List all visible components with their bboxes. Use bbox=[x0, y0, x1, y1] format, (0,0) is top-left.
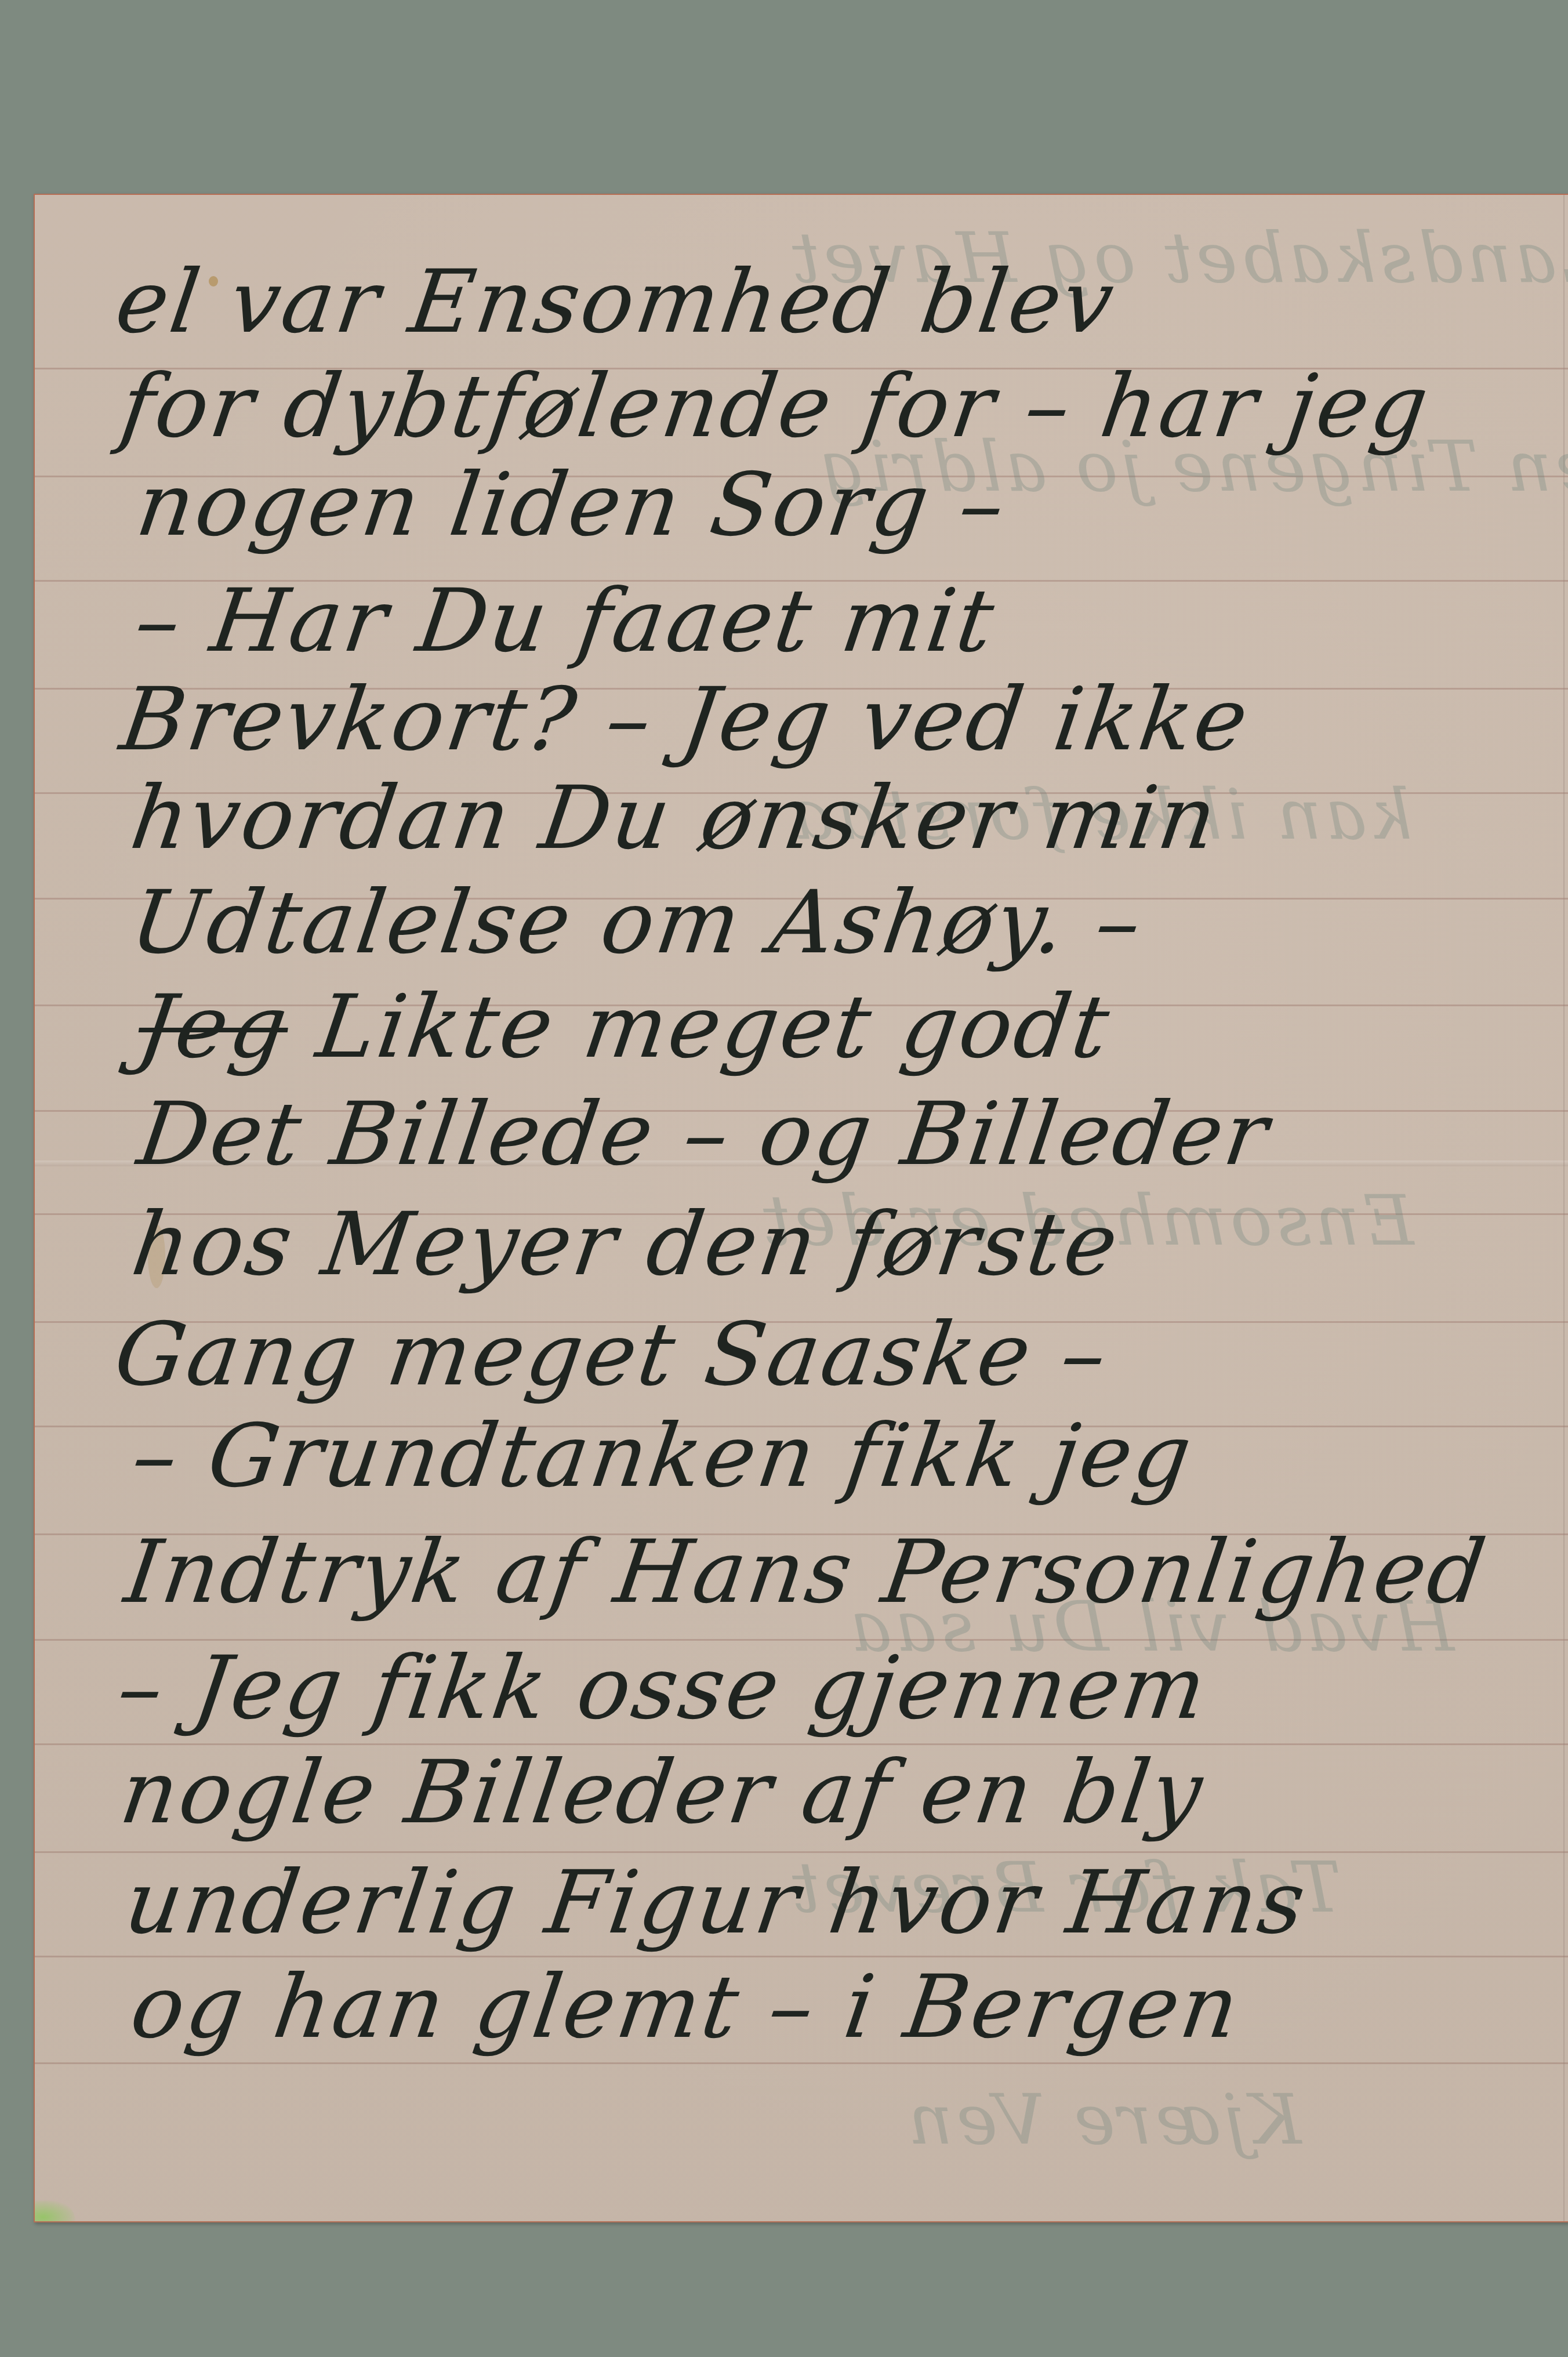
handwritten-line-4: – Har Du faaet mit bbox=[130, 578, 1001, 665]
handwritten-line-10: hos Meyer den første bbox=[127, 1201, 1125, 1288]
green-corner-mark bbox=[35, 2200, 75, 2221]
letter-paper: Landskabet og Havet Men Tingene jo aldri… bbox=[34, 194, 1568, 2222]
handwritten-line-14: – Jeg fikk osse gjennem bbox=[112, 1645, 1213, 1732]
handwritten-line-7: Udtalelse om Ashøy. – bbox=[126, 879, 1148, 966]
handwritten-line-13: Indtryk af Hans Personlighed bbox=[120, 1529, 1492, 1616]
bleed-through-text: Kjære Ven bbox=[905, 2080, 1301, 2160]
handwritten-line-12: – Grundtanken fikk jeg bbox=[127, 1413, 1198, 1500]
line-text: Likte meget godt bbox=[311, 977, 1117, 1078]
rule-line bbox=[35, 2062, 1568, 2064]
handwritten-line-1: el var Ensomhed blev bbox=[111, 259, 1120, 346]
handwritten-line-16: underlig Figur hvor Hans bbox=[120, 1859, 1312, 1946]
handwritten-line-8: Jeg Likte meget godt bbox=[133, 984, 1116, 1071]
handwritten-line-2: for dybtfølende for – har jeg bbox=[115, 363, 1435, 450]
handwritten-line-17: og han glemt – i Bergen bbox=[126, 1964, 1246, 2051]
handwritten-line-11: Gang meget Saaske – bbox=[110, 1311, 1113, 1398]
handwritten-line-6: hvordan Du ønsker min bbox=[126, 775, 1223, 862]
handwritten-line-9: Det Billede – og Billeder bbox=[133, 1091, 1275, 1178]
struck-word: Jeg bbox=[132, 977, 295, 1078]
handwritten-line-3: nogen liden Sorg – bbox=[132, 462, 1012, 549]
handwritten-line-15: nogle Billeder af en bly bbox=[115, 1749, 1209, 1836]
handwritten-line-5: Brevkort? – Jeg ved ikke bbox=[115, 676, 1255, 763]
